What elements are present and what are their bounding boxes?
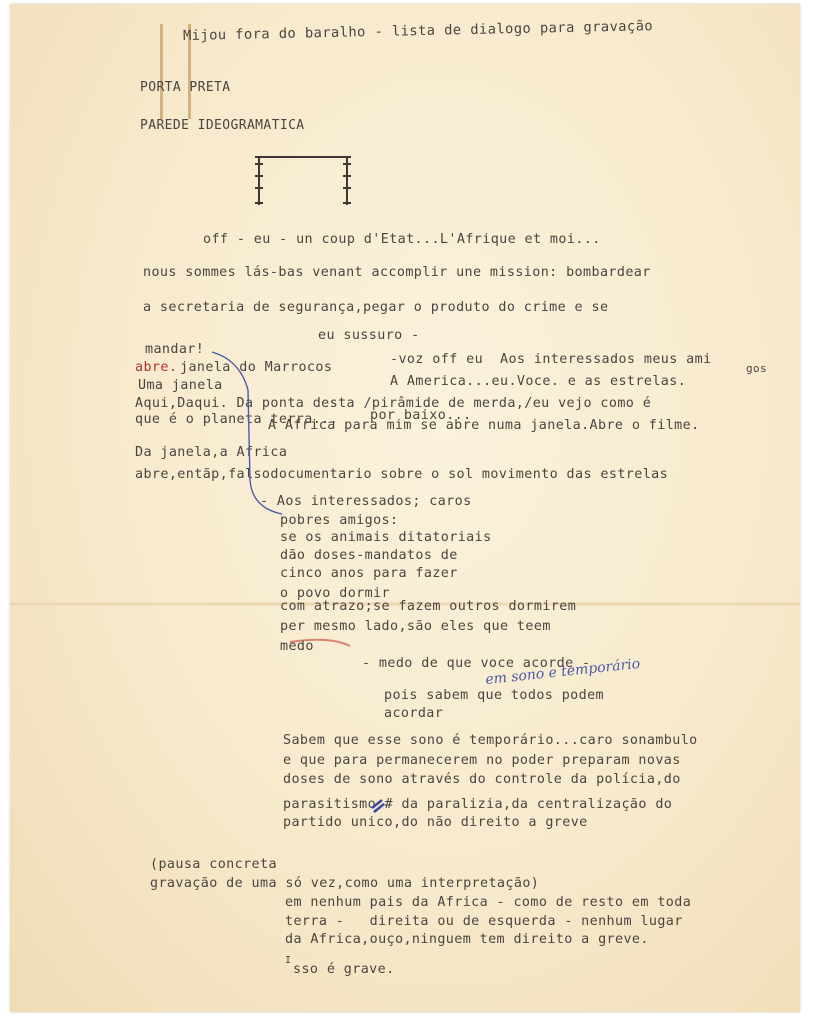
text-line: A America...eu.Voce. e as estrelas. [390,374,686,389]
text-line: I [285,955,291,966]
text-line: acordar [384,706,443,721]
text-line: da Africa,ouço,ninguem tem direito a gre… [285,932,649,947]
text-line: off - eu - un coup d'Etat...L'Afrique et… [203,232,601,247]
door-frame-icon [255,155,351,207]
heading-porta-preta: PORTA PRETA [140,80,231,95]
text-line: -voz off eu Aos interessados meus ami [390,352,712,367]
text-line: e que para permanecerem no poder prepara… [283,753,681,768]
text-line: Uma janela [138,378,223,393]
text-line: doses de sono através do controle da pol… [283,772,681,787]
rust-stain [160,24,163,119]
text-line: a secretaria de segurança,pegar o produt… [143,300,608,315]
heading-parede-ideogramatica: PAREDE IDEOGRAMATICA [140,118,305,133]
text-line: gos [746,362,767,375]
text-line-red: abre. [135,360,177,375]
text-line: (pausa concreta [150,857,277,872]
text-line: abre,entãp,falsodocumentario sobre o sol… [135,467,668,482]
text-line: cinco anos para fazer [280,566,458,581]
text-line: sso é grave. [293,962,395,977]
text-line: eu sussuro - [318,328,420,343]
text-line: nous sommes lás-bas venant accomplir une… [143,265,651,280]
text-line: pobres amigos: [280,513,398,528]
text-line: Da janela,a Africa [135,445,287,460]
text-line: gravação de uma só vez,como uma interpre… [150,876,539,891]
text-line: em nenhum pais da Africa - como de resto… [285,895,691,910]
text-line: parasitismo # da paralizia,da centraliza… [283,797,672,812]
text-line: janela do Marrocos [180,360,332,375]
text-line: A Africa para mim se abre numa janela.Ab… [268,418,700,433]
text-line: com atrazo;se fazem outros dormirem [280,599,576,614]
text-line: partido unico,do não direito a greve [283,815,588,830]
text-line: medo [280,639,314,654]
text-line: mandar! [145,342,204,357]
text-line: pois sabem que todos podem [384,688,604,703]
text-line: terra - direita ou de esquerda - nenhum … [285,914,683,929]
text-line: dão doses-mandatos de [280,548,458,563]
text-line: Sabem que esse sono é temporário...caro … [283,733,698,748]
text-line: - Aos interessados; caros [260,494,472,509]
text-line: se os animais ditatoriais [280,530,492,545]
text-line: per mesmo lado,são eles que teem [280,619,551,634]
